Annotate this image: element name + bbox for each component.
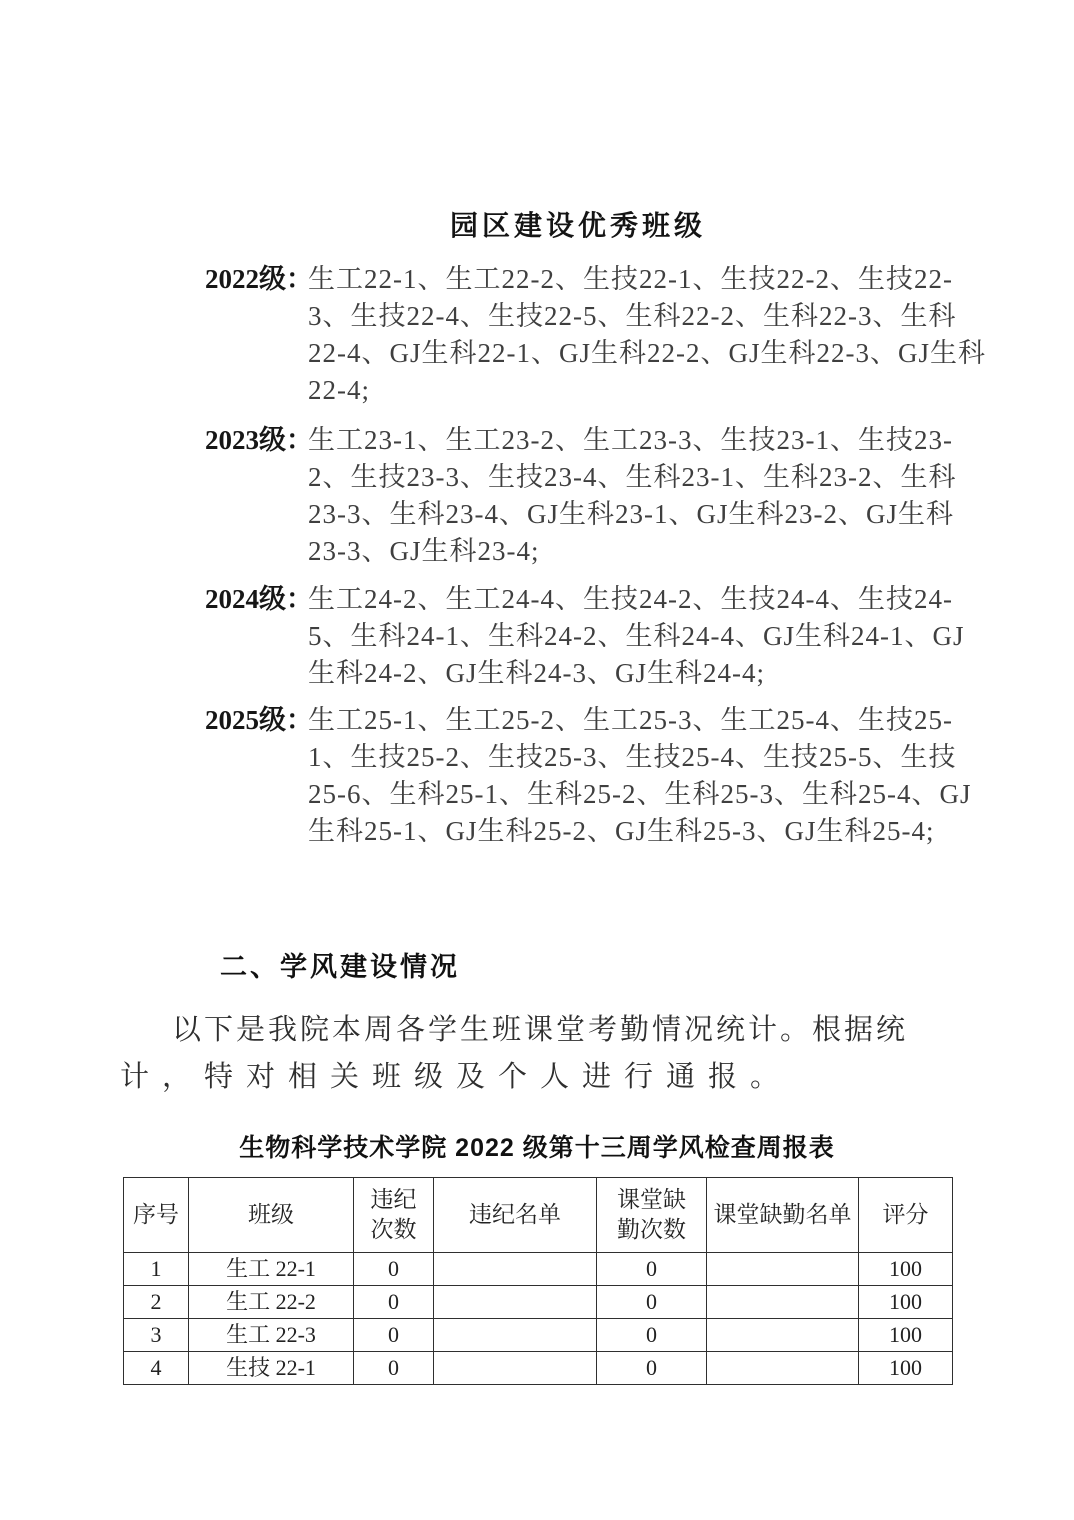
award-entry-2022: 2022级： 生工22-1、生工22-2、生技22-1、生技22-2、生技22-… <box>205 261 986 409</box>
cell-absence-names <box>707 1319 859 1352</box>
entry-lines: 生工24-2、生工24-4、生技24-2、生技24-4、生技24- 5、生科24… <box>308 581 964 692</box>
entry-line: 22-4、GJ生科22-1、GJ生科22-2、GJ生科22-3、GJ生科 <box>308 335 986 372</box>
cell-class: 生技 22-1 <box>189 1352 354 1385</box>
cell-score: 100 <box>859 1253 953 1286</box>
section-heading: 二、学风建设情况 <box>220 945 460 984</box>
attendance-report-table: 序号 班级 违纪次数 违纪名单 课堂缺勤次数 课堂缺勤名单 评分 1 生工 22… <box>123 1177 953 1385</box>
cell-violation-names <box>434 1352 597 1385</box>
paragraph-line-2: 计，特对相关班级及个人进行通报。 <box>120 1060 792 1094</box>
entry-line: 生工22-1、生工22-2、生技22-1、生技22-2、生技22- <box>308 261 986 298</box>
cell-violation-names <box>434 1253 597 1286</box>
cell-violation-count: 0 <box>354 1352 434 1385</box>
paragraph-line-1: 以下是我院本周各学生班课堂考勤情况统计。根据统 <box>172 1013 908 1047</box>
entry-label: 2024级： <box>205 581 308 618</box>
cell-absence-names <box>707 1286 859 1319</box>
cell-score: 100 <box>859 1352 953 1385</box>
cell-violation-names <box>434 1319 597 1352</box>
cell-violation-names <box>434 1286 597 1319</box>
award-entry-2024: 2024级： 生工24-2、生工24-4、生技24-2、生技24-4、生技24-… <box>205 581 964 692</box>
header-cell-index: 序号 <box>124 1178 189 1253</box>
cell-absence-names <box>707 1352 859 1385</box>
entry-line: 生工24-2、生工24-4、生技24-2、生技24-4、生技24- <box>308 581 964 618</box>
header-cell-violation-count: 违纪次数 <box>354 1178 434 1253</box>
entry-label: 2025级： <box>205 702 308 739</box>
cell-absence-count: 0 <box>597 1319 707 1352</box>
cell-absence-count: 0 <box>597 1352 707 1385</box>
entry-lines: 生工23-1、生工23-2、生工23-3、生技23-1、生技23- 2、生技23… <box>308 422 956 570</box>
header-cell-absence-names: 课堂缺勤名单 <box>707 1178 859 1253</box>
cell-class: 生工 22-3 <box>189 1319 354 1352</box>
award-entry-2025: 2025级： 生工25-1、生工25-2、生工25-3、生工25-4、生技25-… <box>205 702 971 850</box>
cell-index: 1 <box>124 1253 189 1286</box>
table-row: 4 生技 22-1 0 0 100 <box>124 1352 953 1385</box>
entry-line: 生科25-1、GJ生科25-2、GJ生科25-3、GJ生科25-4; <box>308 813 971 850</box>
entry-line: 生工23-1、生工23-2、生工23-3、生技23-1、生技23- <box>308 422 956 459</box>
report-table-title: 生物科学技术学院 2022 级第十三周学风检查周报表 <box>0 1128 1074 1164</box>
table-row: 1 生工 22-1 0 0 100 <box>124 1253 953 1286</box>
cell-violation-count: 0 <box>354 1253 434 1286</box>
entry-line: 1、生技25-2、生技25-3、生技25-4、生技25-5、生技 <box>308 739 971 776</box>
award-title: 园区建设优秀班级 <box>450 204 706 244</box>
entry-line: 3、生技22-4、生技22-5、生科22-2、生科22-3、生科 <box>308 298 986 335</box>
entry-label: 2023级： <box>205 422 308 459</box>
table-row: 2 生工 22-2 0 0 100 <box>124 1286 953 1319</box>
award-entry-2023: 2023级： 生工23-1、生工23-2、生工23-3、生技23-1、生技23-… <box>205 422 956 570</box>
cell-absence-count: 0 <box>597 1253 707 1286</box>
cell-index: 4 <box>124 1352 189 1385</box>
entry-lines: 生工25-1、生工25-2、生工25-3、生工25-4、生技25- 1、生技25… <box>308 702 971 850</box>
cell-class: 生工 22-1 <box>189 1253 354 1286</box>
entry-line: 生工25-1、生工25-2、生工25-3、生工25-4、生技25- <box>308 702 971 739</box>
cell-score: 100 <box>859 1319 953 1352</box>
table-row: 3 生工 22-3 0 0 100 <box>124 1319 953 1352</box>
cell-score: 100 <box>859 1286 953 1319</box>
cell-index: 2 <box>124 1286 189 1319</box>
entry-lines: 生工22-1、生工22-2、生技22-1、生技22-2、生技22- 3、生技22… <box>308 261 986 409</box>
header-cell-class: 班级 <box>189 1178 354 1253</box>
entry-line: 5、生科24-1、生科24-2、生科24-4、GJ生科24-1、GJ <box>308 618 964 655</box>
entry-label: 2022级： <box>205 261 308 298</box>
header-cell-score: 评分 <box>859 1178 953 1253</box>
header-cell-absence-count: 课堂缺勤次数 <box>597 1178 707 1253</box>
cell-violation-count: 0 <box>354 1286 434 1319</box>
header-cell-violation-names: 违纪名单 <box>434 1178 597 1253</box>
entry-line: 23-3、生科23-4、GJ生科23-1、GJ生科23-2、GJ生科 <box>308 496 956 533</box>
table-header-row: 序号 班级 违纪次数 违纪名单 课堂缺勤次数 课堂缺勤名单 评分 <box>124 1178 953 1253</box>
cell-index: 3 <box>124 1319 189 1352</box>
cell-absence-count: 0 <box>597 1286 707 1319</box>
cell-class: 生工 22-2 <box>189 1286 354 1319</box>
cell-violation-count: 0 <box>354 1319 434 1352</box>
entry-line: 生科24-2、GJ生科24-3、GJ生科24-4; <box>308 655 964 692</box>
entry-line: 2、生技23-3、生技23-4、生科23-1、生科23-2、生科 <box>308 459 956 496</box>
entry-line: 22-4; <box>308 372 986 409</box>
entry-line: 23-3、GJ生科23-4; <box>308 533 956 570</box>
document-page: 园区建设优秀班级 2022级： 生工22-1、生工22-2、生技22-1、生技2… <box>0 0 1074 1520</box>
entry-line: 25-6、生科25-1、生科25-2、生科25-3、生科25-4、GJ <box>308 776 971 813</box>
cell-absence-names <box>707 1253 859 1286</box>
